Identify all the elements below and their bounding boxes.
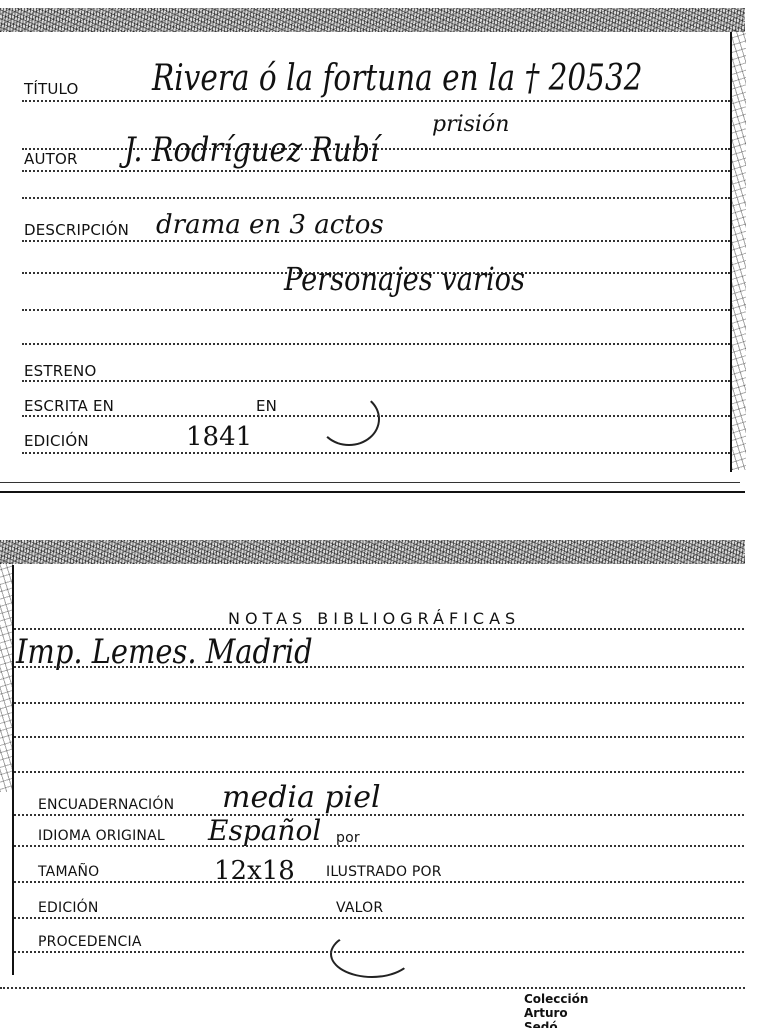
- scan-noise-top: [0, 8, 745, 32]
- rule: [14, 736, 744, 738]
- encuadernacion-value: media piel: [222, 780, 381, 815]
- scan-noise-top: [0, 540, 745, 564]
- titulo-insertion: prisión: [432, 112, 509, 137]
- rule: [0, 987, 745, 989]
- por-label: por: [336, 830, 360, 846]
- rule: [14, 814, 744, 816]
- edicion-label: EDICIÓN: [24, 432, 89, 450]
- idioma-original-label: IDIOMA ORIGINAL: [38, 828, 165, 844]
- descripcion-label: DESCRIPCIÓN: [24, 221, 129, 239]
- descripcion-value: drama en 3 actos: [156, 210, 384, 240]
- escrita-en-label: ESCRITA EN: [24, 397, 114, 415]
- estreno-label: ESTRENO: [24, 362, 97, 380]
- circular-stamp-mark: [318, 392, 380, 446]
- collection-footer: Colección Arturo Sedó: [524, 992, 588, 1028]
- valor-label: VALOR: [336, 900, 383, 916]
- notas-heading: NOTAS BIBLIOGRÁFICAS: [228, 609, 520, 628]
- rule: [14, 771, 744, 773]
- rule: [22, 380, 730, 382]
- rule: [22, 452, 730, 454]
- ilustrado-por-label: ILUSTRADO POR: [326, 864, 442, 880]
- rule: [22, 343, 730, 345]
- rule: [22, 240, 730, 242]
- rule: [14, 881, 744, 883]
- edicion-value: 1841: [186, 422, 252, 452]
- rule: [14, 666, 744, 668]
- card-bottom-edge: [0, 482, 740, 483]
- idioma-original-value: Español: [208, 814, 321, 847]
- card-right-border: [730, 32, 732, 472]
- autor-label: AUTOR: [24, 150, 78, 168]
- rule: [22, 309, 730, 311]
- rule: [14, 628, 744, 630]
- rule: [22, 170, 730, 172]
- card-left-border: [12, 565, 14, 975]
- rule: [22, 415, 730, 417]
- procedencia-label: PROCEDENCIA: [38, 934, 142, 950]
- rule: [14, 702, 744, 704]
- rule: [22, 197, 730, 199]
- circular-stamp-mark: [330, 930, 414, 978]
- rule: [22, 100, 730, 102]
- rule: [14, 951, 744, 953]
- rule: [14, 845, 744, 847]
- titulo-label: TÍTULO: [24, 80, 79, 98]
- titulo-value: Rivera ó la fortuna en la † 20532: [152, 58, 643, 99]
- edicion-back-label: EDICIÓN: [38, 900, 99, 916]
- descripcion-continuation: Personajes varios: [284, 260, 525, 298]
- card-separator-line: [0, 491, 745, 493]
- encuadernacion-label: ENCUADERNACIÓN: [38, 797, 174, 813]
- autor-value: J. Rodríguez Rubí: [124, 130, 379, 170]
- tamano-label: TAMAÑO: [38, 864, 99, 880]
- en-label: EN: [256, 397, 277, 415]
- rule: [14, 917, 744, 919]
- scan-noise-right: [732, 30, 746, 470]
